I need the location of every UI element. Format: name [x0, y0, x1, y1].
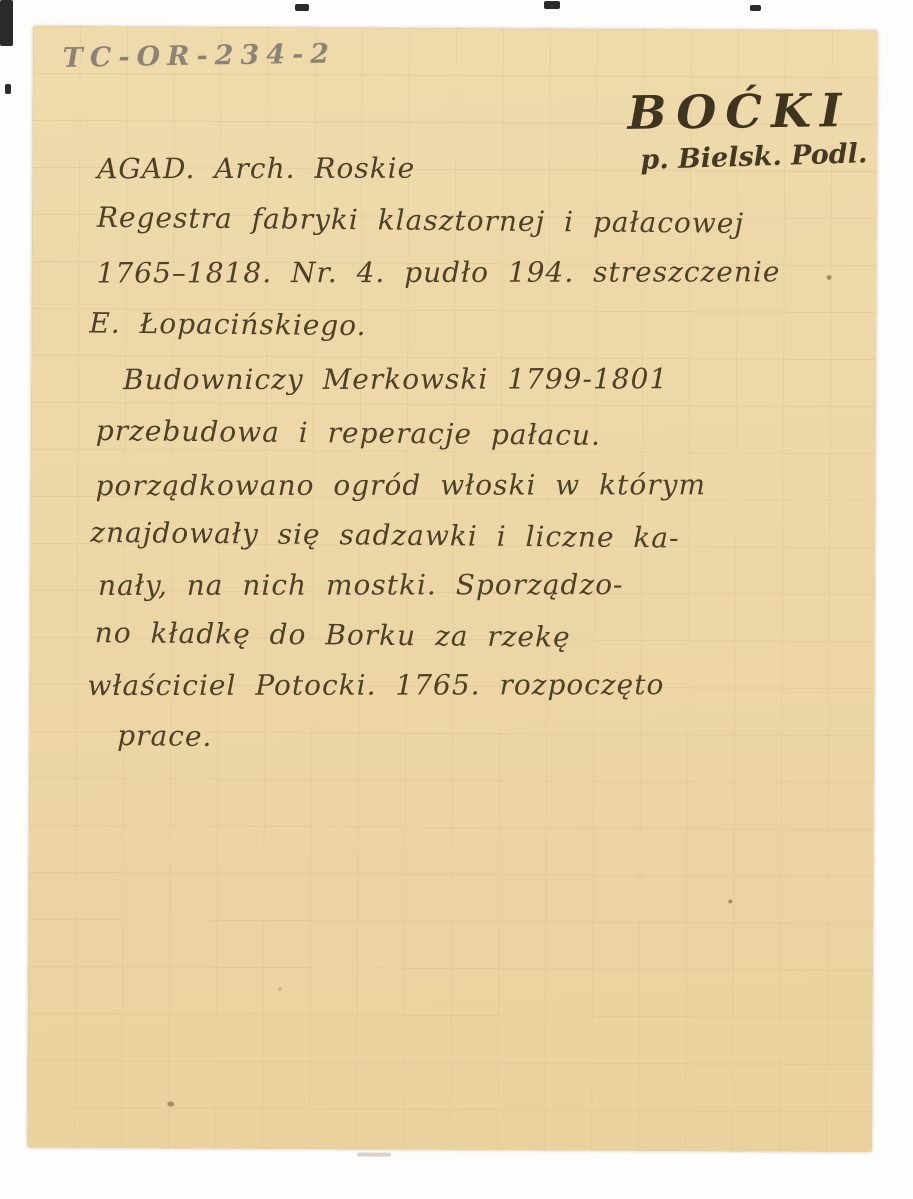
scan-edge-mark — [0, 0, 13, 46]
note-line: AGAD. Arch. Roskie — [97, 152, 415, 186]
paper-speck — [278, 987, 282, 991]
note-line: no kładkę do Borku za rzekę — [95, 616, 571, 654]
paper-speck — [728, 899, 732, 903]
scan-top-speck — [295, 4, 309, 11]
paper-sheet: TC-OR-234-2 BOĆKI p. Bielsk. Podl. AGAD.… — [27, 26, 878, 1152]
scanned-document: TC-OR-234-2 BOĆKI p. Bielsk. Podl. AGAD.… — [0, 0, 913, 1199]
place-subtitle: p. Bielsk. Podl. — [640, 138, 868, 176]
note-body: AGAD. Arch. Roskie Regestra fabryki klas… — [33, 26, 878, 30]
paper-speck — [827, 275, 832, 280]
note-line: prace. — [117, 719, 212, 753]
scan-top-speck — [544, 1, 560, 9]
note-line: przebudowa i reperacje pałacu. — [96, 414, 601, 452]
note-line: 1765–1818. Nr. 4. pudło 194. streszczeni… — [97, 255, 781, 289]
archive-code: TC-OR-234-2 — [63, 39, 337, 74]
place-title: BOĆKI — [627, 83, 851, 140]
note-line: Budowniczy Merkowski 1799-1801 — [123, 362, 668, 396]
note-line: E. Łopacińskiego. — [89, 306, 366, 342]
note-line: właściciel Potocki. 1765. rozpoczęto — [87, 668, 664, 702]
note-line: Regestra fabryki klasztornej i pałacowej — [97, 201, 744, 240]
note-line: znajdowały się sadzawki i liczne ka- — [90, 516, 680, 555]
note-line: porządkowano ogród włoski w którym — [96, 468, 707, 502]
scan-top-speck — [750, 5, 761, 11]
paper-speck — [167, 1102, 174, 1107]
scan-edge-speck — [5, 84, 11, 94]
note-line: nały, na nich mostki. Sporządzo- — [98, 568, 624, 602]
paper-smudge — [357, 1153, 391, 1157]
